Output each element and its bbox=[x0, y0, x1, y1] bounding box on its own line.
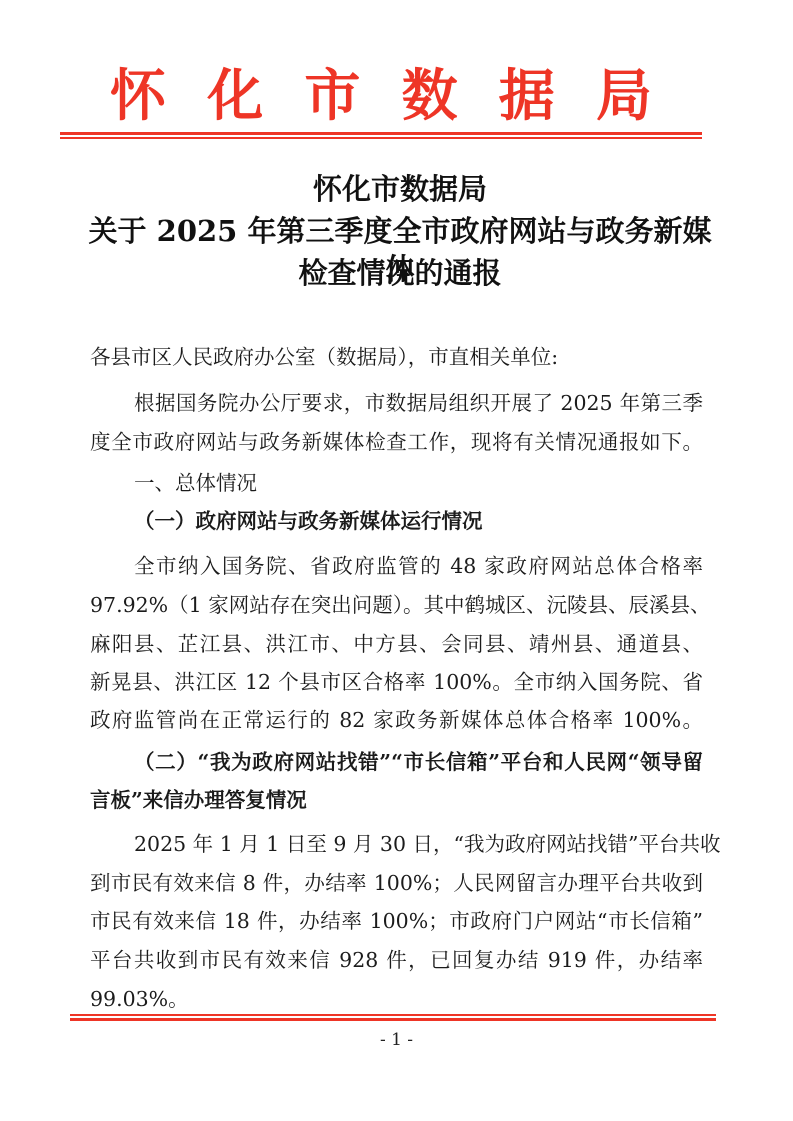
masthead-char: 化 bbox=[207, 66, 263, 126]
body-line: 99.03%。 bbox=[90, 984, 703, 1014]
masthead-char: 据 bbox=[499, 66, 555, 126]
body-line: 市民有效来信 18 件，办结率 100%；市政府门户网站“市长信箱” bbox=[90, 906, 703, 936]
document-page: 怀 化 市 数 据 局 怀化市数据局 关于 2025 年第三季度全市政府网站与政… bbox=[0, 0, 793, 1121]
section-heading-1: 一、总体情况 bbox=[134, 468, 703, 498]
masthead-char: 数 bbox=[402, 66, 458, 126]
page-number: - 1 - bbox=[0, 1030, 793, 1050]
footer-rule-thick bbox=[70, 1018, 716, 1021]
addressee: 各县市区人民政府办公室（数据局），市直相关单位: bbox=[90, 342, 703, 372]
masthead-char: 市 bbox=[304, 66, 360, 126]
masthead: 怀 化 市 数 据 局 bbox=[60, 66, 702, 126]
intro-line: 度全市政府网站与政务新媒体检查工作，现将有关情况通报如下。 bbox=[90, 427, 703, 457]
body-line: 97.92%（1 家网站存在突出问题）。其中鹤城区、沅陵县、辰溪县、 bbox=[90, 590, 703, 620]
body-line: 新晃县、洪江区 12 个县市区合格率 100%。全市纳入国务院、省 bbox=[90, 667, 703, 697]
body-line: 到市民有效来信 8 件，办结率 100%；人民网留言办理平台共收到 bbox=[90, 868, 703, 898]
body-line: 麻阳县、芷江县、洪江市、中方县、会同县、靖州县、通道县、 bbox=[90, 629, 703, 659]
masthead-char: 怀 bbox=[110, 66, 166, 126]
body-line: 2025 年 1 月 1 日至 9 月 30 日，“我为政府网站找错”平台共收 bbox=[134, 829, 703, 859]
subsection-heading-2-cont: 言板”来信办理答复情况 bbox=[90, 785, 703, 815]
doc-title-issuer: 怀化市数据局 bbox=[80, 170, 720, 208]
body-line: 平台共收到市民有效来信 928 件，已回复办结 919 件，办结率 bbox=[90, 945, 703, 975]
doc-title-line3: 检查情况的通报 bbox=[80, 254, 720, 292]
body-line: 全市纳入国务院、省政府监管的 48 家政府网站总体合格率 bbox=[134, 551, 703, 581]
intro-line: 根据国务院办公厅要求，市数据局组织开展了 2025 年第三季 bbox=[134, 388, 703, 418]
header-rule-thick bbox=[60, 132, 702, 135]
body-line: 政府监管尚在正常运行的 82 家政务新媒体总体合格率 100%。 bbox=[90, 705, 703, 735]
header-rule-thin bbox=[60, 137, 702, 139]
footer-rule-thin bbox=[70, 1014, 716, 1016]
subsection-heading-1: （一）政府网站与政务新媒体运行情况 bbox=[134, 506, 703, 536]
subsection-heading-2: （二）“我为政府网站找错”“市长信箱”平台和人民网“领导留 bbox=[134, 747, 703, 777]
masthead-char: 局 bbox=[596, 66, 652, 126]
